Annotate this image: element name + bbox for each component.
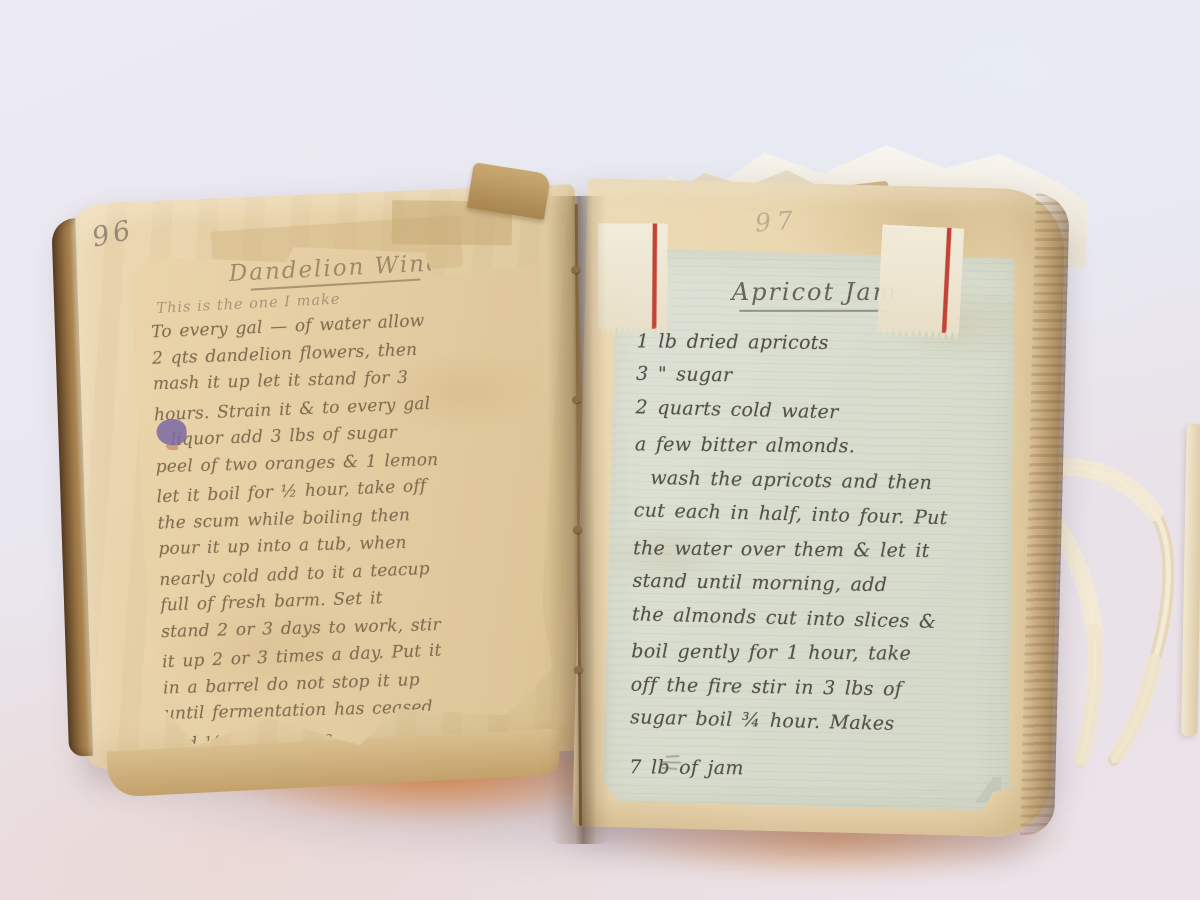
left-page-number: 96: [89, 214, 137, 253]
left-page: 96 Dandelion Wine This is the one I make…: [61, 184, 597, 770]
tape-red-stripe: [942, 228, 951, 333]
right-page: 97 Apricot Jam 1 lb dried apricots 3 " s…: [572, 178, 1066, 837]
left-cover-edge-stack: [51, 218, 93, 756]
red-striped-tape-left: [597, 223, 668, 335]
recipe-line: the water over them & let it: [633, 531, 1001, 569]
photo-scene: 96 Dandelion Wine This is the one I make…: [0, 0, 1200, 900]
pencil-scribble-marks: [661, 751, 691, 776]
recipe-line: a few bitter almonds.: [635, 427, 1003, 465]
right-page-number: 97: [754, 205, 800, 237]
recipe-line: boil gently for 1 hour, take: [631, 634, 999, 672]
folded-card-corner: [967, 777, 1001, 804]
purple-ink-blot: [156, 419, 187, 446]
tape-red-stripe: [652, 224, 657, 329]
left-recipe-text: To every gal — of water allow 2 qts dand…: [133, 305, 555, 758]
right-recipe-text: 1 lb dried apricots 3 " sugar 2 quarts c…: [603, 322, 1017, 790]
red-striped-tape-right: [877, 224, 965, 340]
title-underline: [739, 310, 889, 312]
left-recipe-paper: Dandelion Wine This is the one I make To…: [131, 239, 555, 752]
